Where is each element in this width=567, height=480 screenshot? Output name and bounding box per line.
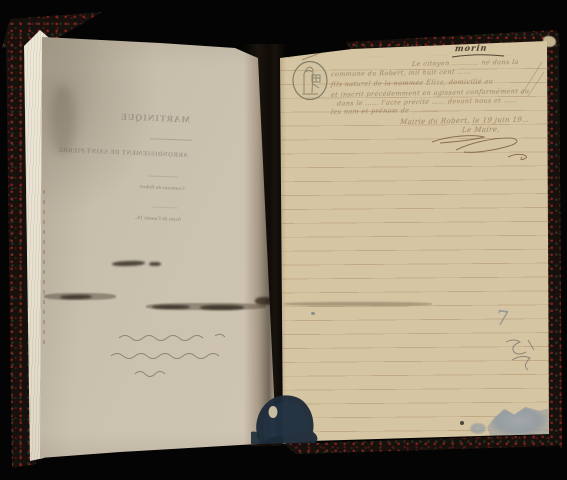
blue-speck xyxy=(311,312,315,315)
showthrough-commune-line: Commune du Robert xyxy=(136,185,188,192)
ink-smear-right-page xyxy=(284,302,432,306)
ink-smudge-2 xyxy=(149,262,161,266)
showthrough-rule-3 xyxy=(152,207,178,209)
pencil-scribbles xyxy=(498,336,540,378)
corner-stain-small xyxy=(470,423,486,434)
page-stain xyxy=(50,85,76,155)
showthrough-rule-2 xyxy=(148,175,178,177)
dark-speck xyxy=(460,421,464,425)
showthrough-subtitle: ARRONDISSEMENT DE SAINT-PIERRE xyxy=(88,148,188,159)
revenue-stamp-icon xyxy=(291,60,329,102)
gutter-shadow xyxy=(244,44,292,446)
paper-scratches xyxy=(520,58,546,98)
showthrough-handwriting xyxy=(105,328,235,386)
showthrough-rule-1 xyxy=(150,138,192,140)
ink-smudge-1 xyxy=(112,260,145,266)
stitching-marks xyxy=(43,190,45,350)
showthrough-title: MARTINIQUE xyxy=(120,112,190,125)
archival-book-scan: MARTINIQUE ARRONDISSEMENT DE SAINT-PIERR… xyxy=(0,0,567,480)
ink-smudge-4 xyxy=(152,305,190,309)
showthrough-year-line: Actes de l'année 19.. xyxy=(124,215,192,224)
signature-flourish xyxy=(428,130,538,164)
ink-blot xyxy=(245,388,329,448)
ink-smudge-5 xyxy=(200,305,244,310)
